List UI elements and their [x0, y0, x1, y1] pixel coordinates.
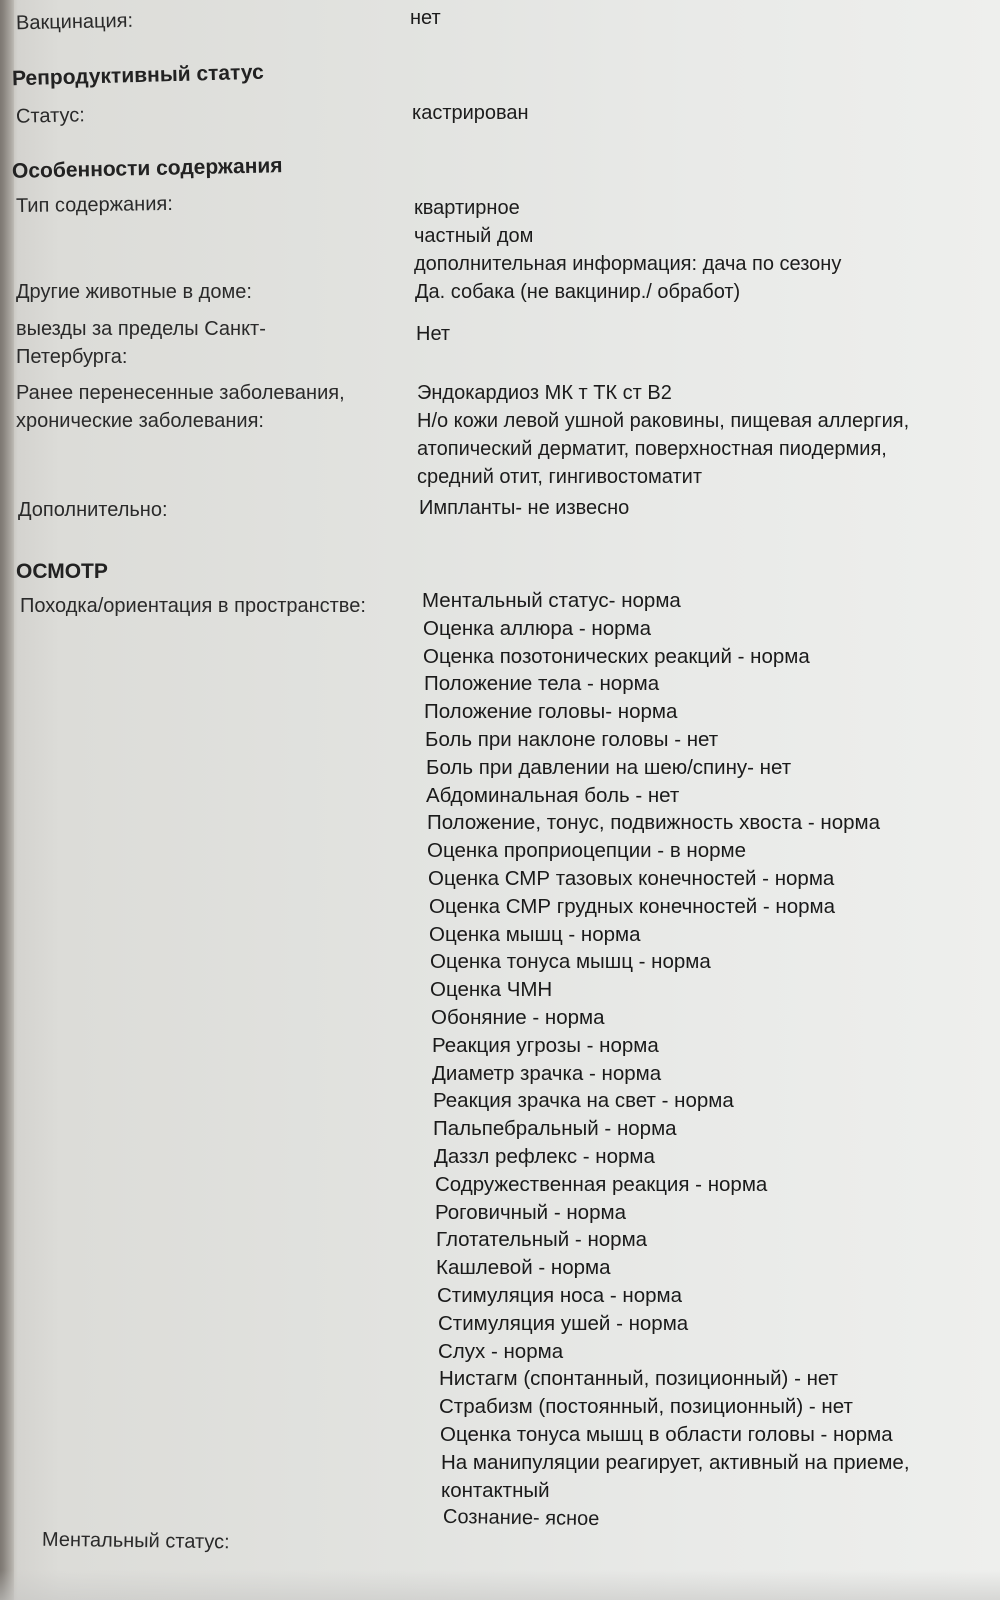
document-page: Вакцинация: нет Репродуктивный статус Ст…: [0, 0, 1000, 1600]
exam-finding-item: Оценка тонуса мышц в области головы - но…: [440, 1421, 910, 1449]
exam-finding-item: Положение тела - норма: [424, 670, 910, 698]
vaccination-value: нет: [410, 4, 441, 32]
exam-finding-item: Глотательный - норма: [436, 1226, 910, 1254]
housing-type-value: частный дом: [414, 222, 841, 250]
other-animals-value: Да. собака (не вакцинир./ обработ): [415, 278, 740, 306]
disease-item: Н/о кожи левой ушной раковины, пищевая а…: [417, 407, 909, 435]
exam-finding-item: Оценка позотонических реакций - норма: [423, 643, 910, 671]
exam-finding-item: Роговичный - норма: [435, 1199, 910, 1227]
exam-finding-item: Слух - норма: [438, 1338, 910, 1366]
disease-item: Эндокардиоз МК т ТК ст В2: [417, 379, 909, 407]
housing-type-label: Тип содержания:: [16, 190, 173, 220]
exam-finding-item: контактный: [441, 1477, 910, 1505]
exam-finding-item: Оценка СМР грудных конечностей - норма: [429, 893, 910, 921]
exam-finding-item: Положение, тонус, подвижность хвоста - н…: [427, 809, 910, 837]
gait-label: Походка/ориентация в пространстве:: [20, 592, 366, 620]
exam-finding-item: Оценка мышц - норма: [429, 921, 910, 949]
reproductive-status-label: Статус:: [16, 101, 85, 130]
exam-finding-item: Боль при наклоне головы - нет: [425, 726, 910, 754]
disease-item: средний отит, гингивостоматит: [417, 463, 909, 491]
extra-value: Импланты- не извесно: [419, 494, 629, 522]
exam-finding-item: Реакция зрачка на свет - норма: [433, 1087, 910, 1115]
exam-finding-item: Пальпебральный - норма: [433, 1115, 910, 1143]
consciousness-value: Сознание- ясное: [443, 1503, 600, 1533]
diseases-label-line: хронические заболевания:: [16, 407, 345, 435]
travel-label-line: выезды за пределы Санкт-: [16, 315, 266, 343]
exam-finding-item: Оценка СМР тазовых конечностей - норма: [428, 865, 910, 893]
vaccination-label: Вакцинация:: [16, 7, 134, 37]
housing-section-title: Особенности содержания: [12, 154, 283, 184]
exam-finding-item: Содружественная реакция - норма: [435, 1171, 910, 1199]
exam-findings-list: Ментальный статус- нормаОценка аллюра - …: [422, 587, 910, 1504]
housing-type-values: квартирное частный дом дополнительная ин…: [414, 194, 841, 278]
exam-finding-item: Ментальный статус- норма: [422, 587, 910, 615]
housing-type-value: дополнительная информация: дача по сезон…: [414, 250, 841, 278]
exam-finding-item: Стимуляция носа - норма: [437, 1282, 910, 1310]
page-bottom-shadow: [0, 1570, 1000, 1600]
exam-finding-item: Положение головы- норма: [424, 698, 910, 726]
housing-type-value: квартирное: [414, 194, 841, 222]
diseases-label: Ранее перенесенные заболевания, хроничес…: [16, 379, 345, 435]
travel-label: выезды за пределы Санкт- Петербурга:: [16, 315, 266, 371]
exam-finding-item: Оценка ЧМН: [430, 976, 910, 1004]
reproductive-status-value: кастрирован: [412, 99, 529, 127]
exam-finding-item: Даззл рефлекс - норма: [434, 1143, 910, 1171]
diseases-values: Эндокардиоз МК т ТК ст В2 Н/о кожи левой…: [417, 379, 909, 491]
mental-status-label: Ментальный статус:: [42, 1526, 230, 1557]
exam-finding-item: Реакция угрозы - норма: [432, 1032, 910, 1060]
exam-finding-item: Кашлевой - норма: [436, 1254, 910, 1282]
extra-label: Дополнительно:: [18, 496, 168, 524]
exam-section-title: ОСМОТР: [16, 560, 108, 584]
travel-value: Нет: [416, 320, 450, 348]
exam-finding-item: Обоняние - норма: [431, 1004, 910, 1032]
exam-finding-item: Оценка проприоцепции - в норме: [427, 837, 910, 865]
exam-finding-item: Абдоминальная боль - нет: [426, 782, 910, 810]
exam-finding-item: Боль при давлении на шею/спину- нет: [426, 754, 910, 782]
other-animals-label: Другие животные в доме:: [16, 278, 252, 306]
travel-label-line: Петербурга:: [16, 343, 266, 371]
disease-item: атопический дерматит, поверхностная пиод…: [417, 435, 909, 463]
exam-finding-item: Оценка аллюра - норма: [423, 615, 910, 643]
exam-finding-item: Нистагм (спонтанный, позиционный) - нет: [439, 1365, 910, 1393]
diseases-label-line: Ранее перенесенные заболевания,: [16, 379, 345, 407]
exam-finding-item: На манипуляции реагирует, активный на пр…: [441, 1449, 910, 1477]
exam-finding-item: Страбизм (постоянный, позиционный) - нет: [439, 1393, 910, 1421]
reproductive-section-title: Репродуктивный статус: [12, 61, 264, 92]
exam-finding-item: Стимуляция ушей - норма: [438, 1310, 910, 1338]
exam-finding-item: Оценка тонуса мышц - норма: [430, 948, 910, 976]
page-edge-shadow: [0, 0, 14, 1600]
exam-finding-item: Диаметр зрачка - норма: [432, 1060, 910, 1088]
